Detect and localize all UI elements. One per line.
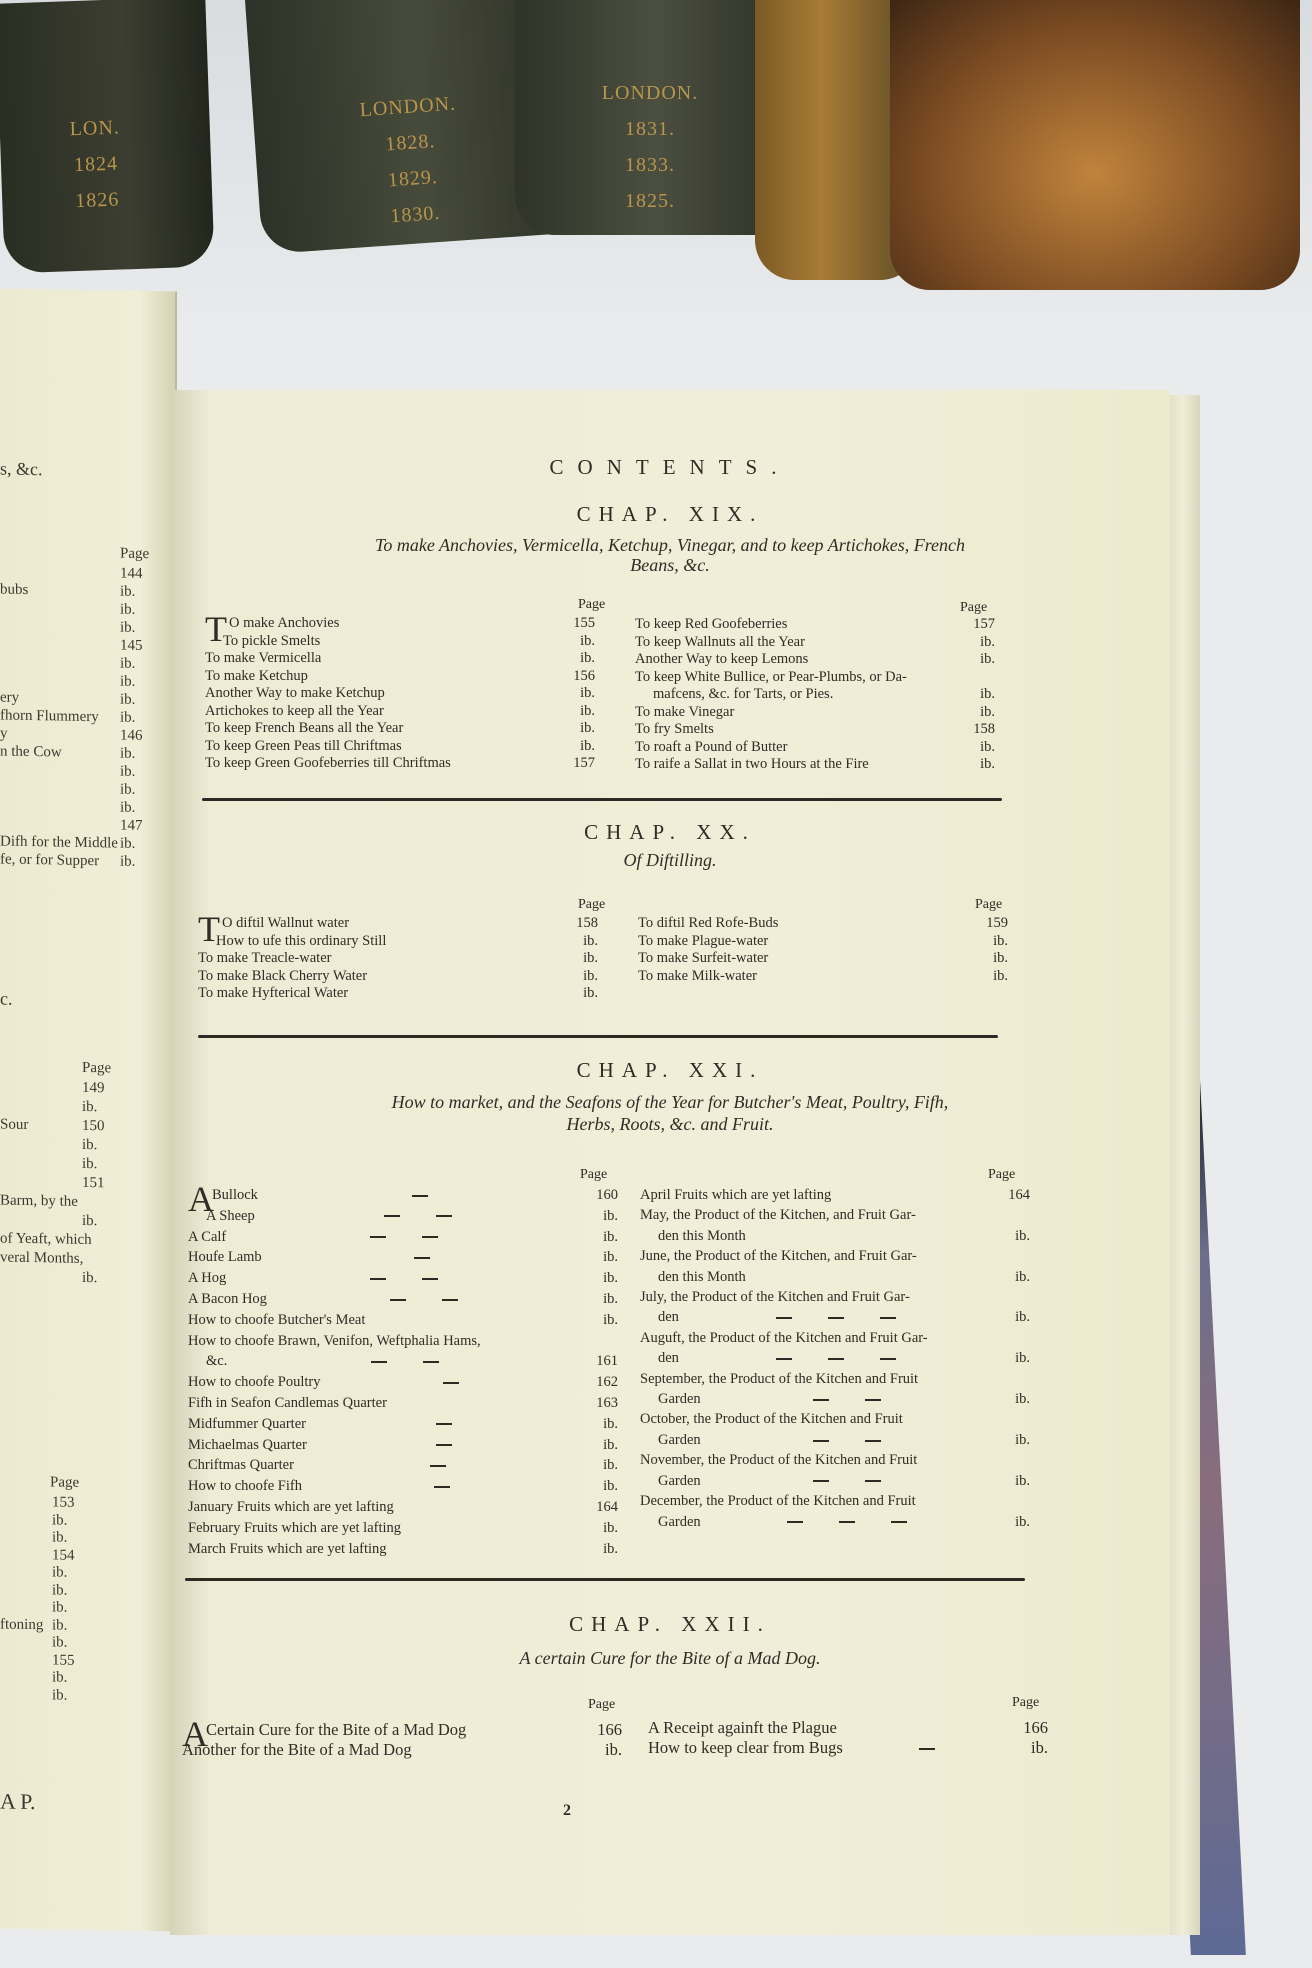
entry-page: ib. [562,950,598,968]
entry-page: ib. [559,703,595,721]
leader-dashes [412,1740,586,1760]
entry-title: To raife a Sallat in two Hours at the Fi… [635,756,869,774]
entry-page: ib. [582,1227,618,1248]
entry-page: ib. [120,782,135,799]
entry-title-fragment: ery [0,689,19,706]
entry-page [994,1409,1030,1429]
contents-entry: Chriftmas Quarterib. [188,1455,618,1476]
leader-dashes [255,1206,582,1227]
entry-page: ib. [994,1307,1030,1327]
page-label: Page [975,897,1002,913]
leader-dashes [387,1539,582,1560]
contents-entry: Auguft, the Product of the Kitchen and F… [640,1328,1030,1348]
entry-title-fragment: veral Months, [0,1249,83,1267]
spine-label: 1826 [22,180,173,221]
left-footer-fragment: A P. [0,1788,35,1815]
entry-title-fragment: fe, or for Supper [0,851,99,870]
leader-dashes [403,720,559,738]
contents-entry: Artichokes to keep all the Yearib. [205,703,595,721]
contents-entry: May, the Product of the Kitchen, and Fru… [640,1205,1030,1225]
entry-title: den this Month [658,1226,746,1246]
entry-page: ib. [582,1518,618,1539]
entry-title-fragment: of Yeaft, which [0,1230,92,1249]
contents-entry: &c.161 [188,1351,618,1372]
leader-dashes [808,651,959,669]
entry-title: To fry Smelts [635,721,714,739]
entry-title: To make Milk-water [638,968,757,986]
entry-page: ib. [559,738,595,756]
entry-page: 160 [582,1185,618,1206]
entry-title: den this Month [658,1267,746,1287]
chapter-heading: CHAP. XXII. [170,1612,1170,1637]
page-label: Page [960,600,987,616]
entry-title: To diftil Red Rofe-Buds [638,915,778,933]
entry-page: ib. [582,1539,618,1560]
leader-dashes [928,1328,994,1348]
entry-page: ib. [120,710,135,727]
entry-title: Chriftmas Quarter [188,1455,294,1476]
entry-page [959,669,995,687]
contents-entry: To make Hyfterical Waterib. [198,985,598,1003]
contents-entry: ABullock160 [188,1185,618,1206]
leader-dashes [746,1267,994,1287]
leader-dashes [701,1389,994,1409]
entry-title: A Calf [188,1227,226,1248]
dash-leader-icon [430,1465,446,1467]
entry-title: April Fruits which are yet lafting [640,1185,831,1205]
chapter-heading: CHAP. XX. [170,820,1170,845]
entry-title: To keep Green Goofeberries till Chriftma… [205,755,451,773]
entry-page: 155 [52,1652,75,1669]
leader-dashes [701,1512,994,1532]
entry-title: March Fruits which are yet lafting [188,1539,387,1560]
entry-title: A Receipt againft the Plague [648,1718,837,1738]
chapter-19-left-entries: TO make Anchovies155To pickle Smeltsib.T… [205,615,595,773]
entry-page: ib. [82,1156,97,1173]
chapter-subtitle: How to market, and the Seafons of the Ye… [170,1092,1170,1112]
leader-dashes [348,985,562,1003]
contents-entry: April Fruits which are yet lafting164 [640,1185,1030,1205]
leader-dashes [339,615,559,633]
entry-page [994,1287,1030,1307]
left-header-fragment: s, &c. [0,458,43,480]
dash-leader-icon [442,1299,458,1301]
entry-page: 155 [559,615,595,633]
entry-page: 146 [120,728,143,745]
leader-dashes [365,1310,582,1331]
book-volume-1: LON. 1824 1826 [0,0,215,274]
contents-entry: ACertain Cure for the Bite of a Mad Dog1… [182,1720,622,1740]
entry-title: October, the Product of the Kitchen and … [640,1409,903,1429]
contents-entry: June, the Product of the Kitchen, and Fr… [640,1246,1030,1266]
page-label: Page [120,546,149,564]
contents-entry: Gardenib. [640,1389,1030,1409]
leader-dashes [757,968,972,986]
entry-title: Michaelmas Quarter [188,1435,307,1456]
leader-dashes [267,1289,582,1310]
contents-entry: To keep Green Goofeberries till Chriftma… [205,755,595,773]
contents-entry: Houfe Lambib. [188,1247,618,1268]
entry-page: ib. [559,685,595,703]
spine-label: 1825. [575,183,725,219]
contents-entry: A Sheepib. [188,1206,618,1227]
entry-page: 157 [959,616,995,634]
leader-dashes [916,1491,994,1511]
leader-dashes [917,1450,994,1470]
contents-entry: Another for the Bite of a Mad Dogib. [182,1740,622,1760]
page-label: Page [580,1167,607,1183]
chapter-subtitle: Beans, &c. [170,555,1170,575]
contents-entry: July, the Product of the Kitchen and Fru… [640,1287,1030,1307]
leader-dashes [307,1435,582,1456]
dash-leader-icon [370,1278,386,1280]
entry-page: 156 [559,668,595,686]
entry-title: To keep Green Peas till Chriftmas [205,738,402,756]
contents-entry: September, the Product of the Kitchen an… [640,1369,1030,1389]
section-divider [198,1035,998,1038]
entry-page: 161 [582,1351,618,1372]
entry-page: ib. [994,1226,1030,1246]
entry-title: May, the Product of the Kitchen, and Fru… [640,1205,916,1225]
entry-page: 158 [959,721,995,739]
entry-page: ib. [972,933,1008,951]
chapter-subtitle: Of Diftilling. [170,850,1170,870]
entry-title-fragment: Difh for the Middle [0,833,118,852]
chapter-heading: CHAP. XXI. [170,1058,1170,1083]
leader-dashes [367,968,562,986]
spine-label: LONDON. [575,75,725,111]
entry-title: Certain Cure for the Bite of a Mad Dog [182,1720,466,1740]
dash-leader-icon [813,1399,829,1401]
entry-title: den [658,1307,679,1327]
entry-page: ib. [972,950,1008,968]
chapter-20-left-entries: TO diftil Wallnut water158How to ufe thi… [198,915,598,1003]
entry-title: To keep Wallnuts all the Year [635,634,805,652]
chapter-20-right-entries: To diftil Red Rofe-Buds159To make Plague… [638,915,1008,985]
contents-entry: Fifh in Seafon Candlemas Quarter163 [188,1393,618,1414]
contents-entry: Gardenib. [640,1512,1030,1532]
left-page: s, &c. Page 144bubsib.ib.ib.145ib.ib.ery… [0,288,177,1931]
contents-entry: To keep French Beans all the Yearib. [205,720,595,738]
leader-dashes [402,738,559,756]
dash-leader-icon [813,1480,829,1482]
dash-leader-icon [422,1236,438,1238]
page-label: Page [1012,1695,1039,1711]
contents-page: CONTENTS. CHAP. XIX. To make Anchovies, … [170,390,1170,1935]
entry-page: ib. [120,746,135,763]
contents-entry: To keep White Bullice, or Pear-Plumbs, o… [635,669,995,687]
contents-entry: To make Ketchup156 [205,668,595,686]
entry-title: A Sheep [206,1206,255,1227]
section-divider [202,798,1002,801]
leader-dashes [918,1369,994,1389]
entry-page: ib. [959,634,995,652]
entry-title: A Bacon Hog [188,1289,267,1310]
entry-title: To make Vermicella [205,650,321,668]
entry-title: How to choofe Brawn, Venifon, Weftphalia… [188,1331,481,1352]
dash-leader-icon [828,1317,844,1319]
entry-page: ib. [52,1669,67,1686]
entry-title: June, the Product of the Kitchen, and Fr… [640,1246,917,1266]
spine-label: 1824 [20,144,171,185]
entry-title: How to choofe Butcher's Meat [188,1310,365,1331]
leader-dashes [869,756,959,774]
entry-title: To make Plague-water [638,933,768,951]
chapter-22-left-entries: ACertain Cure for the Bite of a Mad Dog1… [182,1720,622,1760]
contents-entry: To make Milk-waterib. [638,968,1008,986]
entry-page: ib. [959,704,995,722]
contents-entry: A Receipt againft the Plague166 [648,1718,1048,1738]
entry-page: ib. [1012,1738,1048,1758]
entry-title-fragment: bubs [0,581,28,598]
chapter-subtitle: Herbs, Roots, &c. and Fruit. [170,1114,1170,1134]
contents-entry: TO diftil Wallnut water158 [198,915,598,933]
entry-title: O make Anchovies [205,615,339,633]
section-divider [185,1578,1025,1581]
entry-page: ib. [562,985,598,1003]
leader-dashes [308,668,559,686]
contents-entry: Gardenib. [640,1430,1030,1450]
entry-page: ib. [120,656,135,673]
entry-page: 145 [120,638,143,655]
entry-page: 166 [586,1720,622,1740]
entry-title: Another Way to make Ketchup [205,685,385,703]
contents-entry: To keep Red Goofeberries157 [635,616,995,634]
entry-page: ib. [562,968,598,986]
leader-dashes [394,1497,582,1518]
chapter-21-left-entries: ABullock160A Sheepib.A Calfib.Houfe Lamb… [188,1185,618,1559]
entry-title: To make Black Cherry Water [198,968,367,986]
entry-title: To make Vinegar [635,704,734,722]
entry-page: 153 [52,1494,75,1511]
book-volume-5 [890,0,1300,290]
entry-page: ib. [52,1599,67,1616]
contents-entry: To roaft a Pound of Butterib. [635,739,995,757]
entry-title: How to keep clear from Bugs [648,1738,843,1758]
leader-dashes [746,1226,994,1246]
dash-leader-icon [422,1278,438,1280]
book-volume-3: LONDON. 1831. 1833. 1825. [515,0,795,235]
entry-title: To keep Red Goofeberries [635,616,787,634]
contents-entry: How to choofe Butcher's Meatib. [188,1310,618,1331]
contents-entry: denib. [640,1307,1030,1327]
leader-dashes [384,703,559,721]
dash-leader-icon [865,1440,881,1442]
spine-label: LON. [19,108,170,149]
contents-entry: November, the Product of the Kitchen and… [640,1450,1030,1470]
leader-dashes [778,915,972,933]
leader-dashes [321,650,559,668]
leader-dashes [294,1455,582,1476]
entry-title: To keep White Bullice, or Pear-Plumbs, o… [635,669,907,687]
spine-label: 1833. [575,147,725,183]
leader-dashes [262,1247,582,1268]
entry-page: ib. [82,1213,97,1230]
entry-title: How to ufe this ordinary Still [216,933,386,951]
entry-title-fragment: n the Cow [0,743,62,761]
leader-dashes [401,1518,582,1539]
entry-page: ib. [586,1740,622,1760]
entry-page: 150 [82,1118,105,1135]
page-title: CONTENTS. [170,455,1170,480]
leader-dashes [679,1307,994,1327]
contents-entry: To make Plague-waterib. [638,933,1008,951]
contents-entry: March Fruits which are yet laftingib. [188,1539,618,1560]
entry-title-fragment: fhorn Flummery [0,707,99,726]
contents-entry: A Hogib. [188,1268,618,1289]
dash-leader-icon [880,1317,896,1319]
entry-page: ib. [582,1206,618,1227]
entry-title: Fifh in Seafon Candlemas Quarter [188,1393,387,1414]
entry-page: ib. [120,692,135,709]
leader-dashes [226,1268,582,1289]
entry-page: ib. [994,1389,1030,1409]
contents-entry: October, the Product of the Kitchen and … [640,1409,1030,1429]
chapter-22-right-entries: A Receipt againft the Plague166How to ke… [648,1718,1048,1758]
entry-title: Garden [658,1512,701,1532]
entry-page [994,1450,1030,1470]
contents-entry: Midfummer Quarterib. [188,1414,618,1435]
entry-page [994,1491,1030,1511]
entry-title: Another for the Bite of a Mad Dog [182,1740,412,1760]
dash-leader-icon [919,1748,935,1750]
page-number: 2 [563,1802,571,1820]
leader-dashes [701,1430,994,1450]
dash-leader-icon [390,1299,406,1301]
chapter-heading: CHAP. XIX. [170,502,1170,527]
leader-dashes [833,686,959,704]
entry-page: ib. [994,1267,1030,1287]
entry-page: 158 [562,915,598,933]
contents-entry: How to choofe Poultry162 [188,1372,618,1393]
entry-page: ib. [52,1617,67,1634]
contents-entry: To raife a Sallat in two Hours at the Fi… [635,756,995,774]
entry-page [994,1369,1030,1389]
leader-dashes [349,915,562,933]
entry-page: ib. [972,968,1008,986]
dash-leader-icon [414,1257,430,1259]
entry-page: ib. [52,1564,67,1581]
entry-page [994,1328,1030,1348]
entry-title: To make Ketchup [205,668,308,686]
entry-page: 154 [52,1547,75,1564]
entry-title: Another Way to keep Lemons [635,651,808,669]
leader-dashes [227,1351,582,1372]
leader-dashes [466,1720,586,1740]
entry-page: 147 [120,818,143,835]
page-label: Page [588,1697,615,1713]
contents-entry: Michaelmas Quarterib. [188,1435,618,1456]
entry-page: ib. [959,651,995,669]
entry-title: November, the Product of the Kitchen and… [640,1450,917,1470]
contents-entry: Another Way to keep Lemonsib. [635,651,995,669]
dash-leader-icon [436,1423,452,1425]
entry-page: ib. [959,739,995,757]
entry-page [582,1331,618,1352]
chapter-subtitle: A certain Cure for the Bite of a Mad Dog… [170,1648,1170,1668]
entry-page: 164 [994,1185,1030,1205]
entry-page: ib. [994,1430,1030,1450]
contents-entry: den this Monthib. [640,1226,1030,1246]
entry-title: September, the Product of the Kitchen an… [640,1369,918,1389]
entry-title: Houfe Lamb [188,1247,262,1268]
leader-dashes [306,1414,582,1435]
dash-leader-icon [776,1317,792,1319]
dash-leader-icon [443,1382,459,1384]
contents-entry: To fry Smelts158 [635,721,995,739]
left-header-fragment: c. [0,988,13,1009]
contents-entry: TO make Anchovies155 [205,615,595,633]
leader-dashes [679,1348,994,1368]
contents-entry: Gardenib. [640,1471,1030,1491]
contents-entry: How to choofe Brawn, Venifon, Weftphalia… [188,1331,618,1352]
dash-leader-icon [370,1236,386,1238]
bookshelf-background: LON. 1824 1826 LONDON. 1828. 1829. 1830.… [0,0,1312,320]
dash-leader-icon [776,1358,792,1360]
entry-title: Auguft, the Product of the Kitchen and F… [640,1328,928,1348]
entry-title-fragment: ftoning [0,1616,43,1634]
entry-page: ib. [559,633,595,651]
contents-entry: How to choofe Fifhib. [188,1476,618,1497]
dash-leader-icon [423,1361,439,1363]
contents-entry: How to keep clear from Bugsib. [648,1738,1048,1758]
entry-page: ib. [82,1137,97,1154]
leader-dashes [451,755,559,773]
entry-page: 164 [582,1497,618,1518]
entry-page: ib. [582,1268,618,1289]
entry-page: ib. [120,602,135,619]
leader-dashes [320,633,559,651]
page-label: Page [82,1060,111,1078]
page-label: Page [578,597,605,613]
dash-leader-icon [828,1358,844,1360]
contents-entry: To diftil Red Rofe-Buds159 [638,915,1008,933]
leader-dashes [787,739,959,757]
entry-page: ib. [52,1687,67,1704]
contents-entry: mafcens, &c. for Tarts, or Pies.ib. [635,686,995,704]
entry-page: ib. [120,800,135,817]
entry-page: ib. [52,1512,67,1529]
leader-dashes [837,1718,1012,1738]
dash-leader-icon [865,1480,881,1482]
entry-title: January Fruits which are yet lafting [188,1497,394,1518]
entry-title: February Fruits which are yet lafting [188,1518,401,1539]
leader-dashes [910,1287,994,1307]
entry-title: Bullock [188,1185,258,1206]
entry-title-fragment: Sour [0,1116,28,1133]
leader-dashes [321,1372,583,1393]
entry-title: To make Surfeit-water [638,950,768,968]
contents-entry: To make Vermicellaib. [205,650,595,668]
entry-page: ib. [120,584,135,601]
contents-entry: January Fruits which are yet lafting164 [188,1497,618,1518]
page-label: Page [50,1474,79,1492]
chapter-subtitle: To make Anchovies, Vermicella, Ketchup, … [170,535,1170,555]
entry-page: ib. [582,1310,618,1331]
entry-page: ib. [82,1270,97,1287]
leader-dashes [701,1471,994,1491]
entry-page: ib. [994,1471,1030,1491]
entry-page: 163 [582,1393,618,1414]
entry-title: O diftil Wallnut water [198,915,349,933]
entry-title: Garden [658,1389,701,1409]
leader-dashes [768,950,972,968]
dash-leader-icon [371,1361,387,1363]
dash-leader-icon [384,1215,400,1217]
contents-entry: denib. [640,1348,1030,1368]
entry-page: ib. [582,1247,618,1268]
entry-page: ib. [559,720,595,738]
